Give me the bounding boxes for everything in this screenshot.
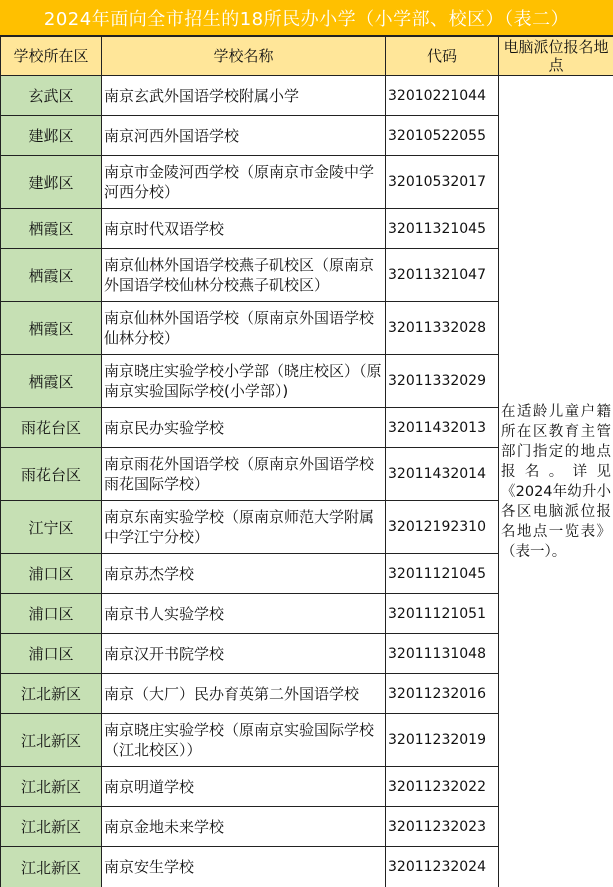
school-name-cell: 南京民办实验学校 [102, 408, 386, 448]
school-code-cell: 32011321047 [386, 249, 499, 302]
district-cell: 江宁区 [1, 501, 102, 554]
district-cell: 江北新区 [1, 674, 102, 714]
school-code-cell: 32011232022 [386, 767, 499, 807]
school-name-cell: 南京明道学校 [102, 767, 386, 807]
district-cell: 浦口区 [1, 594, 102, 634]
table-title: 2024年面向全市招生的18所民办小学（小学部、校区）（表二） [0, 0, 613, 36]
school-name-cell: 南京书人实验学校 [102, 594, 386, 634]
district-cell: 栖霞区 [1, 249, 102, 302]
header-district: 学校所在区 [1, 37, 102, 76]
school-name-cell: 南京（大厂）民办育英第二外国语学校 [102, 674, 386, 714]
school-name-cell: 南京市金陵河西学校（原南京市金陵中学河西分校） [102, 156, 386, 209]
school-code-cell: 32011332029 [386, 355, 499, 408]
school-code-cell: 32011432013 [386, 408, 499, 448]
district-cell: 建邺区 [1, 156, 102, 209]
district-cell: 浦口区 [1, 634, 102, 674]
school-code-cell: 32011121045 [386, 554, 499, 594]
district-cell: 江北新区 [1, 807, 102, 847]
district-cell: 建邺区 [1, 116, 102, 156]
school-name-cell: 南京晓庄实验学校（原南京实验国际学校（江北校区）） [102, 714, 386, 767]
school-name-cell: 南京雨花外国语学校（原南京外国语学校雨花国际学校） [102, 448, 386, 501]
school-name-cell: 南京苏杰学校 [102, 554, 386, 594]
school-name-cell: 南京金地未来学校 [102, 807, 386, 847]
school-code-cell: 32011232024 [386, 847, 499, 887]
registration-location-note: 在适龄儿童户籍所在区教育主管部门指定的地点报名。详见《2024年幼升小各区电脑派… [499, 76, 613, 887]
school-name-cell: 南京河西外国语学校 [102, 116, 386, 156]
header-row: 学校所在区 学校名称 代码 电脑派位报名地点 [1, 37, 613, 76]
school-name-cell: 南京晓庄实验学校小学部（晓庄校区）（原南京实验国际学校(小学部）) [102, 355, 386, 408]
school-name-cell: 南京东南实验学校（原南京师范大学附属中学江宁分校） [102, 501, 386, 554]
school-code-cell: 32010522055 [386, 116, 499, 156]
school-code-cell: 32012192310 [386, 501, 499, 554]
district-cell: 雨花台区 [1, 448, 102, 501]
school-code-cell: 32011232019 [386, 714, 499, 767]
district-cell: 栖霞区 [1, 355, 102, 408]
school-code-cell: 32010221044 [386, 76, 499, 116]
school-code-cell: 32011321045 [386, 209, 499, 249]
school-name-cell: 南京汉开书院学校 [102, 634, 386, 674]
header-name: 学校名称 [102, 37, 386, 76]
district-cell: 栖霞区 [1, 209, 102, 249]
school-name-cell: 南京玄武外国语学校附属小学 [102, 76, 386, 116]
district-cell: 江北新区 [1, 714, 102, 767]
school-code-cell: 32011131048 [386, 634, 499, 674]
schools-table: 学校所在区 学校名称 代码 电脑派位报名地点 玄武区南京玄武外国语学校附属小学3… [0, 36, 613, 887]
school-code-cell: 32010532017 [386, 156, 499, 209]
header-code: 代码 [386, 37, 499, 76]
school-code-cell: 32011232016 [386, 674, 499, 714]
school-code-cell: 32011121051 [386, 594, 499, 634]
school-name-cell: 南京时代双语学校 [102, 209, 386, 249]
table-row: 玄武区南京玄武外国语学校附属小学32010221044在适龄儿童户籍所在区教育主… [1, 76, 613, 116]
header-location: 电脑派位报名地点 [499, 37, 613, 76]
district-cell: 雨花台区 [1, 408, 102, 448]
district-cell: 栖霞区 [1, 302, 102, 355]
district-cell: 玄武区 [1, 76, 102, 116]
district-cell: 江北新区 [1, 847, 102, 887]
school-code-cell: 32011332028 [386, 302, 499, 355]
school-name-cell: 南京仙林外国语学校燕子矶校区（原南京外国语学校仙林分校燕子矶校区） [102, 249, 386, 302]
school-name-cell: 南京仙林外国语学校（原南京外国语学校仙林分校） [102, 302, 386, 355]
school-name-cell: 南京安生学校 [102, 847, 386, 887]
school-code-cell: 32011432014 [386, 448, 499, 501]
district-cell: 浦口区 [1, 554, 102, 594]
district-cell: 江北新区 [1, 767, 102, 807]
school-code-cell: 32011232023 [386, 807, 499, 847]
